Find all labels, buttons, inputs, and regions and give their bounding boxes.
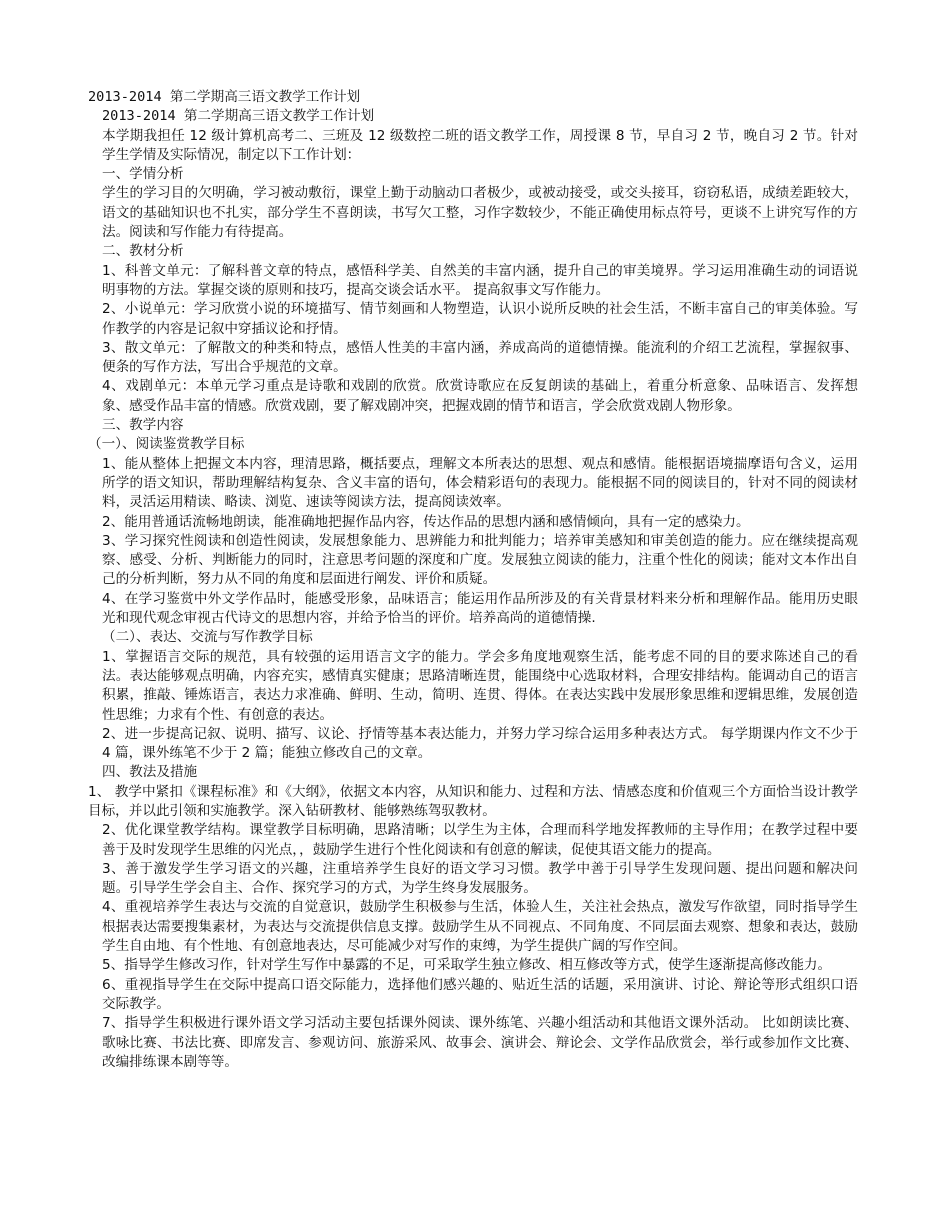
paragraph: 2、能用普通话流畅地朗读，能准确地把握作品内容，传达作品的思想内涵和感情倾向，具… — [88, 513, 858, 532]
paragraph: 2、进一步提高记叙、说明、描写、议论、抒情等基本表达能力，并努力学习综合运用多种… — [88, 725, 858, 764]
paragraph: 1、 教学中紧扣《课程标准》和《大纲》，依据文本内容，从知识和能力、过程和方法、… — [88, 783, 858, 822]
section-heading-situation: 一、学情分析 — [88, 165, 858, 184]
paragraph: 3、学习探究性阅读和创造性阅读，发展想象能力、思辨能力和批判能力；培养审美感知和… — [88, 532, 858, 590]
document-subtitle: 2013-2014 第二学期高三语文教学工作计划 — [88, 107, 858, 126]
paragraph: 4、在学习鉴赏中外文学作品时，能感受形象，品味语言；能运用作品所涉及的有关背景材… — [88, 590, 858, 629]
paragraph: 4、重视培养学生表达与交流的自觉意识，鼓励学生积极参与生活，体验人生，关注社会热… — [88, 898, 858, 956]
paragraph: 4、戏剧单元：本单元学习重点是诗歌和戏剧的欣赏。欣赏诗歌应在反复朗读的基础上，着… — [88, 377, 858, 416]
paragraph: 1、掌握语言交际的规范，具有较强的运用语言文字的能力。学会多角度地观察生活，能考… — [88, 648, 858, 725]
document-title: 2013-2014 第二学期高三语文教学工作计划 — [88, 88, 858, 107]
section-heading-materials: 二、教材分析 — [88, 242, 858, 261]
paragraph: 6、重视指导学生在交际中提高口语交际能力，选择他们感兴趣的、贴近生活的话题，采用… — [88, 976, 858, 1015]
paragraph: 7、指导学生积极进行课外语文学习活动主要包括课外阅读、课外练笔、兴趣小组活动和其… — [88, 1014, 858, 1072]
paragraph: 学生的学习目的欠明确，学习被动敷衍，课堂上勤于动脑动口者极少，或被动接受，或交头… — [88, 184, 858, 242]
subsection-heading-writing: （二）、表达、交流与写作教学目标 — [88, 628, 858, 647]
intro-paragraph: 本学期我担任 12 级计算机高考二、三班及 12 级数控二班的语文教学工作，周授… — [88, 127, 858, 166]
section-heading-content: 三、教学内容 — [88, 416, 858, 435]
subsection-heading-reading: （一）、阅读鉴赏教学目标 — [88, 435, 858, 454]
section-heading-methods: 四、教法及措施 — [88, 763, 858, 782]
paragraph: 2、小说单元：学习欣赏小说的环境描写、情节刻画和人物塑造，认识小说所反映的社会生… — [88, 300, 858, 339]
paragraph: 1、能从整体上把握文本内容，理清思路，概括要点，理解文本所表达的思想、观点和感情… — [88, 455, 858, 513]
document-page: 2013-2014 第二学期高三语文教学工作计划 2013-2014 第二学期高… — [88, 88, 858, 1072]
paragraph: 3、散文单元：了解散文的种类和特点，感悟人性美的丰富内涵，养成高尚的道德情操。能… — [88, 339, 858, 378]
paragraph: 1、科普文单元：了解科普文章的特点，感悟科学美、自然美的丰富内涵，提升自己的审美… — [88, 262, 858, 301]
paragraph: 3、善于激发学生学习语文的兴趣，注重培养学生良好的语文学习习惯。教学中善于引导学… — [88, 860, 858, 899]
paragraph: 5、指导学生修改习作，针对学生写作中暴露的不足，可采取学生独立修改、相互修改等方… — [88, 956, 858, 975]
paragraph: 2、优化课堂教学结构。课堂教学目标明确，思路清晰；以学生为主体，合理而科学地发挥… — [88, 821, 858, 860]
